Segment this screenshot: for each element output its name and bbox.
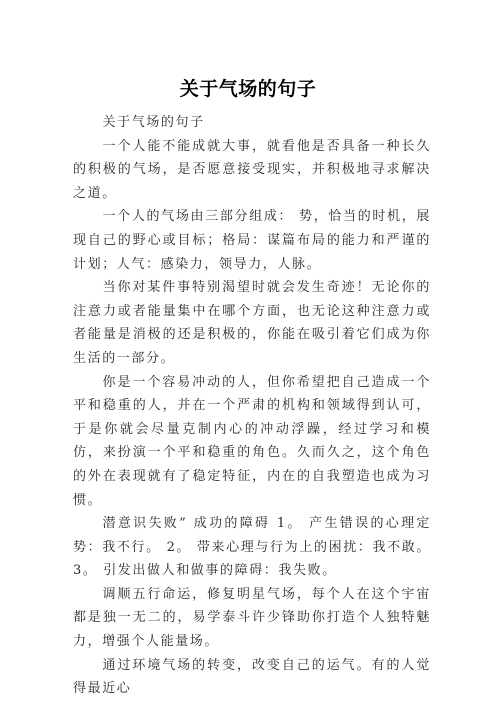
paragraph: 调顺五行命运，修复明星气场，每个人在这个宇宙都是独一无二的，易学泰斗许少锋助你打… — [73, 583, 431, 654]
paragraph: 潜意识失败” 成功的障碍 1。 产生错误的心理定势：我不行。 2。 带来心理与行… — [73, 512, 431, 583]
paragraph-subtitle: 关于气场的句子 — [73, 111, 431, 135]
document-page: 关于气场的句子 关于气场的句子 一个人能不能成就大事，就看他是否具备一种长久的积… — [0, 0, 496, 702]
document-body: 关于气场的句子 一个人能不能成就大事，就看他是否具备一种长久的积极的气场，是否愿… — [73, 111, 431, 701]
paragraph: 一个人的气场由三部分组成： 势，恰当的时机，展现自己的野心或目标；格局：谋篇布局… — [73, 205, 431, 276]
paragraph: 当你对某件事特别渴望时就会发生奇迹！无论你的注意力或者能量集中在哪个方面，也无论… — [73, 276, 431, 370]
document-title: 关于气场的句子 — [0, 76, 496, 102]
paragraph: 一个人能不能成就大事，就看他是否具备一种长久的积极的气场，是否愿意接受现实，并积… — [73, 135, 431, 206]
paragraph: 通过环境气场的转变，改变自己的运气。有的人觉得最近心 — [73, 654, 431, 701]
paragraph: 你是一个容易冲动的人，但你希望把自己造成一个平和稳重的人，并在一个严肃的机构和领… — [73, 371, 431, 513]
